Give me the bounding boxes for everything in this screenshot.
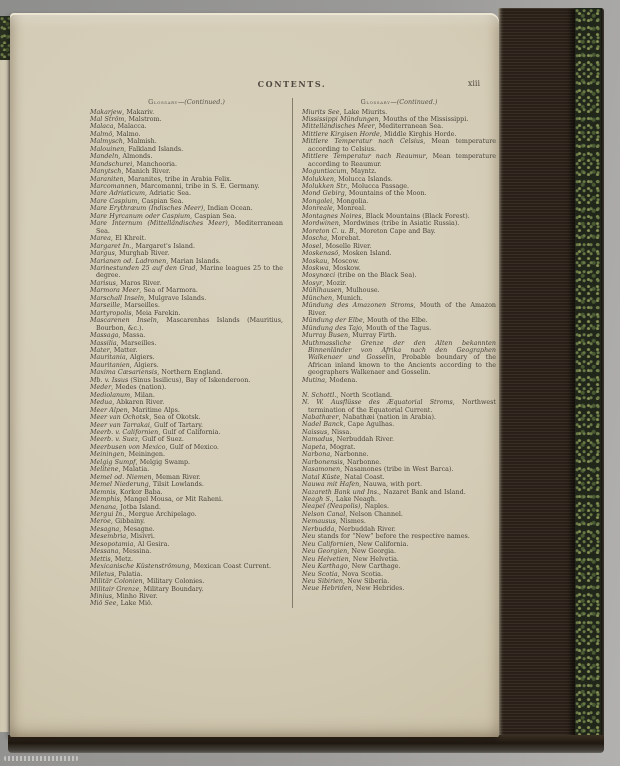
entry-term: Nabathæer	[302, 414, 339, 421]
entry-definition: , Messina.	[118, 548, 151, 555]
entry-definition: , Mediterranean Sea.	[375, 123, 444, 130]
glossary-entry: Meder, Medes (nation).	[90, 384, 283, 391]
entry-term: Montagnes Noires	[302, 213, 362, 220]
glossary-entry: Moguntiacum, Mayntz.	[302, 168, 496, 175]
entry-definition: , Nabathæi (nation in Arabia).	[339, 414, 436, 421]
entry-definition: , Meia Farekin.	[132, 310, 181, 317]
entry-definition: , New Carthage.	[347, 563, 400, 570]
entry-term: Nasamonen	[302, 466, 340, 473]
entry-term: Neu Georgien	[302, 548, 347, 555]
entry-term: Massilia	[90, 340, 117, 347]
entry-term: Mediolanum	[90, 392, 130, 399]
glossary-entry: Mauritania, Algiers.	[90, 354, 283, 361]
entry-term: Mare Internum (Mittelländisches Meer)	[90, 220, 228, 227]
entry-definition: , Nazaret Bank and Island.	[379, 489, 466, 496]
entry-term: Mesembria	[90, 533, 126, 540]
entry-term: Neu Helvetien	[302, 556, 349, 563]
entry-term: Neu	[302, 533, 315, 540]
entry-term: Moguntiacum	[302, 168, 347, 175]
entry-term: Meder	[90, 384, 111, 391]
entry-term: Moskau	[302, 258, 327, 265]
entry-definition: , Margaret's Island.	[131, 243, 195, 250]
glossary-entry: Mare Erythræum (Indisches Meer), Indian …	[90, 205, 283, 212]
glossary-entry: Makarjew, Makariv.	[90, 109, 283, 116]
glossary-entries-right: Miurits See, Lake Miurits.Mississippi Mü…	[302, 109, 496, 593]
page-title: CONTENTS.	[90, 79, 494, 89]
entry-definition: , Mountains of the Moon.	[345, 190, 427, 197]
entry-term: Marschall Inseln	[90, 295, 144, 302]
entry-definition: , Mulgrave Islands.	[144, 295, 206, 302]
entry-definition: , Marseilles.	[120, 302, 160, 309]
glossary-entry: Marseille, Marseilles.	[90, 302, 283, 309]
entry-definition: , Manchooria.	[132, 161, 177, 168]
glossary-entry: Narbona, Narbonne.	[302, 451, 496, 458]
entry-term: Neu Scotia	[302, 571, 338, 578]
glossary-entry: Mittelländisches Meer, Mediterranean Sea…	[302, 123, 496, 130]
entry-definition: , Natal Coast.	[340, 474, 384, 481]
entry-term: Marisus	[90, 280, 116, 287]
entry-term: Mb. v. Issus	[90, 377, 128, 384]
entry-term: Militär Colonien	[90, 578, 143, 585]
entry-definition: , Narbonne.	[343, 459, 381, 466]
entry-definition: , Nelson Channel.	[345, 511, 403, 518]
entry-term: Miletus	[90, 571, 114, 578]
entry-definition: , Jotba Island.	[116, 504, 161, 511]
copyright-watermark	[4, 756, 78, 761]
entry-definition: , Gibbainy.	[111, 518, 145, 525]
entry-definition: , Northern England.	[157, 369, 222, 376]
glossary-entry: Mandschurei, Manchooria.	[90, 161, 283, 168]
photo-background: CONTENTS. xiii Glossary—(Continued.) Mak…	[0, 0, 620, 766]
book-bottom-shadow	[8, 735, 604, 753]
entry-definition: , Massa.	[118, 332, 145, 339]
entry-term: Meerb. v. Suez	[90, 436, 138, 443]
entry-definition: , Mongolia.	[332, 198, 368, 205]
entry-term: Marseille	[90, 302, 120, 309]
entry-term: Memel od. Niemen	[90, 474, 152, 481]
entry-term: Murray Busen	[302, 332, 348, 339]
entry-term: Mesopotamia	[90, 541, 133, 548]
glossary-entry: Memel Niederung, Tilsit Lowlands.	[90, 481, 283, 488]
entry-term: Malmysch	[90, 138, 123, 145]
glossary-column-left: Glossary—(Continued.) Makarjew, Makariv.…	[90, 98, 293, 608]
entry-term: Nelson Canal	[302, 511, 345, 518]
entry-definition: , Marseilles.	[117, 340, 157, 347]
glossary-entry: Nauwa mit Hafen, Nauwa, with port.	[302, 481, 496, 488]
entry-definition: , Mexican Coast Current.	[189, 563, 271, 570]
entry-definition: , Mozir.	[322, 280, 346, 287]
entry-term: Marcomannen	[90, 183, 137, 190]
column-heading-left: Glossary—(Continued.)	[90, 98, 283, 106]
glossary-entry: Moskau, Moscow.	[302, 258, 496, 265]
glossary-entry: Mosynœci (tribe on the Black Sea).	[302, 272, 496, 279]
glossary-entry: Memnis, Korkor Baba.	[90, 489, 283, 496]
entry-definition: , El Khreit.	[111, 235, 146, 242]
entry-definition: , Moreton Cape and Bay.	[356, 228, 436, 235]
entry-definition: , Munich.	[332, 295, 363, 302]
entry-term: Moreton C. u. B.	[302, 228, 356, 235]
entry-term: Nemausus	[302, 518, 336, 525]
entry-definition: , Falkland Islands.	[124, 146, 183, 153]
entry-term: Molukken	[302, 176, 334, 183]
entry-term: Mauritanien	[90, 362, 130, 369]
glossary-entry: Manytsch, Manich River.	[90, 168, 283, 175]
entry-term: Mississippi Mündungen	[302, 116, 379, 123]
glossary-entry: Meiningen, Meiningen.	[90, 451, 283, 458]
entry-definition: , Nerbuddah River.	[333, 436, 394, 443]
glossary-entry: Mittlere Temperatur nach Celsius, Mean t…	[302, 138, 496, 153]
glossary-entry: Margaret In., Margaret's Island.	[90, 243, 283, 250]
entry-term: Natal Küste	[302, 474, 340, 481]
entry-definition: , Indian Ocean.	[203, 205, 252, 212]
entry-definition: , Naples.	[360, 503, 389, 510]
entry-definition: , Murghab River.	[115, 250, 170, 257]
entry-term: Mühlhausen	[302, 287, 342, 294]
glossary-entry: Moscha, Morebat.	[302, 235, 496, 242]
entry-term: Meiningen	[90, 451, 124, 458]
glossary-entry: Mandeln, Almonds.	[90, 153, 283, 160]
entry-definition: , Mosken Island.	[338, 250, 391, 257]
entry-term: Mosynœci	[302, 272, 335, 279]
entry-definition: , Malatia.	[118, 466, 149, 473]
glossary-entry: Neu stands for “New” before the respecti…	[302, 533, 496, 540]
entry-term: Marianen od. Ladronen	[90, 258, 166, 265]
glossary-entry: Nadel Banck, Cape Agulhas.	[302, 421, 496, 428]
glossary-entry: Monreale, Monreal.	[302, 205, 496, 212]
entry-term: Mongolei	[302, 198, 332, 205]
entry-definition: , Mouth of the Tagus.	[362, 325, 431, 332]
entry-definition: , Nissa.	[327, 429, 351, 436]
glossary-entry: Mare Adriaticum, Adriatic Sea.	[90, 190, 283, 197]
entry-term: Meerb. v. Californien	[90, 429, 158, 436]
book-fore-edge	[498, 8, 604, 752]
entry-term: Meerbusen von Mexico	[90, 444, 165, 451]
entry-term: Melitene	[90, 466, 118, 473]
page-stack-edge	[498, 8, 575, 752]
entry-definition: , Almonds.	[118, 153, 152, 160]
entry-term: Mittlere Kirgisen Horde	[302, 131, 380, 138]
entry-definition: , Mouths of the Mississippi.	[379, 116, 469, 123]
entry-term: Meer Alpen	[90, 407, 128, 414]
glossary-entry: Miurits See, Lake Miurits.	[302, 109, 496, 116]
glossary-entry: N. W. Ausflüsse des Æquatorial Stroms, N…	[302, 399, 496, 414]
entry-term: Mosel	[302, 243, 321, 250]
entry-definition: , Mangel Mousa, or Mit Raheni.	[120, 496, 223, 503]
entry-term: Mergui In.	[90, 511, 124, 518]
entry-term: Mater	[90, 347, 110, 354]
marbled-board-edge	[575, 8, 601, 752]
glossary-entry: Marea, El Khreit.	[90, 235, 283, 242]
entry-definition: , Meman River.	[152, 474, 201, 481]
entry-definition: , Al Gesira.	[133, 541, 169, 548]
column-heading-right: Glossary—(Continued.)	[302, 98, 496, 106]
entry-definition: , Malmo.	[112, 131, 140, 138]
entry-definition: (tribe on the Black Sea).	[335, 272, 417, 279]
heading-word: Glossary	[361, 98, 391, 106]
entry-term: Mittelländisches Meer	[302, 123, 375, 130]
entry-definition: , Medes (nation).	[111, 384, 166, 391]
entry-definition: , Black Mountains (Black Forest).	[362, 213, 470, 220]
glossary-entry: Mühlhausen, Mulhouse.	[302, 287, 496, 294]
heading-continued: —(Continued.)	[178, 98, 225, 106]
entry-term: Malaca	[90, 123, 113, 130]
entry-term: Melgig Sumpf	[90, 459, 136, 466]
entry-term: Nazareth Bank und Ins.	[302, 489, 379, 496]
entry-term: Narbona	[302, 451, 330, 458]
entry-definition: , Monreal.	[333, 205, 366, 212]
entry-term: Menana	[90, 504, 116, 511]
entry-definition: , Sea of Okotsk.	[149, 414, 200, 421]
entry-term: Memphis	[90, 496, 120, 503]
entry-term: Mosyr	[302, 280, 322, 287]
entry-term: Mesagna	[90, 526, 119, 533]
entry-definition: , Mesagne.	[119, 526, 154, 533]
glossary-entry: Miletus, Palatia.	[90, 571, 283, 578]
entry-term: Medua	[90, 399, 112, 406]
entry-definition: , Lake Miurits.	[340, 109, 388, 116]
entry-definition: , Metz.	[111, 556, 133, 563]
entry-term: Moscha	[302, 235, 327, 242]
entry-term: Namadus	[302, 436, 333, 443]
entry-definition: , Mordwines (tribe in Asiatic Russia).	[339, 220, 460, 227]
entry-term: Monreale	[302, 205, 333, 212]
glossary-entry: Meer van Tarrakai, Gulf of Tartary.	[90, 422, 283, 429]
entry-term: Naissus	[302, 429, 327, 436]
entry-definition: stands for “New” before the respective n…	[315, 533, 469, 540]
glossary-column-right: Glossary—(Continued.) Miurits See, Lake …	[293, 98, 496, 608]
entry-term: Mittlere Temperatur nach Celsius	[302, 138, 423, 145]
entry-definition: , Lake Neagh.	[332, 496, 377, 503]
glossary-columns: Glossary—(Continued.) Makarjew, Makariv.…	[90, 98, 496, 608]
glossary-entry: Meer Alpen, Maritime Alps.	[90, 407, 283, 414]
entry-term: Memnis	[90, 489, 116, 496]
entry-definition: , Marian Islands.	[166, 258, 221, 265]
entry-term: Neue Hebriden	[302, 585, 352, 592]
entry-term: Messana	[90, 548, 118, 555]
entry-term: Mond Gebirg	[302, 190, 345, 197]
entry-definition: , Palatia.	[114, 571, 142, 578]
glossary-entry: Mesopotamia, Al Gesira.	[90, 541, 283, 548]
glossary-entry: Mesembria, Misivri.	[90, 533, 283, 540]
entry-definition: , Tilsit Lowlands.	[149, 481, 204, 488]
entry-definition: , Abkaren River.	[112, 399, 164, 406]
glossary-entry: Natal Küste, Natal Coast.	[302, 474, 496, 481]
heading-word: Glossary	[148, 98, 178, 106]
entry-definition: , Caspian Sea.	[190, 213, 236, 220]
entry-term: Mittlere Temperatur nach Reaumur	[302, 153, 426, 160]
entry-definition: , Nauwa, with port.	[359, 481, 422, 488]
entry-term: Mündung des Tajo	[302, 325, 362, 332]
glossary-entry: Maxima Cæsariensis, Northern England.	[90, 369, 283, 376]
glossary-entry: Militär Colonien, Military Colonies.	[90, 578, 283, 585]
entry-term: N. W. Ausflüsse des Æquatorial Stroms	[302, 399, 453, 406]
page-number: xiii	[468, 79, 480, 88]
page-header: CONTENTS. xiii	[90, 79, 494, 91]
glossary-entry: Mordwinen, Mordwines (tribe in Asiatic R…	[302, 220, 496, 227]
entry-term: Mündung des Amazonen Stroms	[302, 302, 413, 309]
entry-term: Neu Sibirien	[302, 578, 343, 585]
entry-definition: , Mograt.	[325, 444, 355, 451]
entry-definition: , Morebat.	[327, 235, 361, 242]
glossary-entry: Militair Grenze, Military Boundary.	[90, 586, 283, 593]
glossary-entry: Marmora Meer, Sea of Marmora.	[90, 287, 283, 294]
glossary-entry: Mascarenen Inseln, Mascarenhas Islands (…	[90, 317, 283, 332]
entry-definition: , Mulhouse.	[342, 287, 380, 294]
entry-term: Nauwa mit Hafen	[302, 481, 359, 488]
entry-definition: , Gulf of California.	[158, 429, 220, 436]
entry-definition: , Gulf of Tartary.	[150, 422, 203, 429]
entry-definition: , Military Colonies.	[143, 578, 205, 585]
entry-definition: , Algiers.	[126, 354, 155, 361]
entry-definition: , Nasamones (tribe in West Barca).	[340, 466, 453, 473]
entry-term: Narbonensis	[302, 459, 343, 466]
entry-definition: , Maritime Alps.	[128, 407, 180, 414]
glossary-entry: Menana, Jotba Island.	[90, 504, 283, 511]
entry-term: Mandeln	[90, 153, 118, 160]
entry-definition: , Korkor Baba.	[116, 489, 163, 496]
entry-term: Mare Hyrcanum oder Caspium	[90, 213, 190, 220]
glossary-entry: Neue Hebriden, New Hebrides.	[302, 585, 496, 592]
entry-definition: , Nerbuddah River.	[334, 526, 395, 533]
entry-term: Meer van Tarrakai	[90, 422, 150, 429]
entry-definition: , New Helvetia.	[349, 556, 399, 563]
glossary-entry: Melitene, Malatia.	[90, 466, 283, 473]
entry-term: Neagh S.	[302, 496, 332, 503]
entry-definition: , Malstrom.	[124, 116, 161, 123]
entry-term: Mandschurei	[90, 161, 132, 168]
glossary-entries-left: Makarjew, Makariv.Mal Ström, Malstrom.Ma…	[90, 109, 283, 608]
under-page-edge	[0, 60, 10, 732]
glossary-entry: Mutina, Modena.	[302, 377, 496, 384]
entry-term: Meroe	[90, 518, 111, 525]
glossary-entry: Namadus, Nerbuddah River.	[302, 436, 496, 443]
entry-term: Malmö	[90, 131, 112, 138]
entry-definition: , Gulf of Mexico.	[165, 444, 219, 451]
glossary-entry: Massaga, Massa.	[90, 332, 283, 339]
entry-definition: , Meiningen.	[124, 451, 165, 458]
glossary-entry: Messana, Messina.	[90, 548, 283, 555]
entry-term: Maxima Cæsariensis	[90, 369, 157, 376]
glossary-entry: Massilia, Marseilles.	[90, 340, 283, 347]
entry-term: Miö See	[90, 600, 116, 607]
glossary-entry: Nazareth Bank und Ins., Nazaret Bank and…	[302, 489, 496, 496]
glossary-entry: Meerb. v. Suez, Gulf of Suez.	[90, 436, 283, 443]
glossary-entry: Nelson Canal, Nelson Channel.	[302, 511, 496, 518]
entry-definition: , Caspian Sea.	[137, 198, 183, 205]
glossary-entry: Mündung des Tajo, Mouth of the Tagus.	[302, 325, 496, 332]
entry-term: Margus	[90, 250, 115, 257]
glossary-entry: Mosel, Moselle River.	[302, 243, 496, 250]
entry-definition: , Moselle River.	[321, 243, 371, 250]
book-page: CONTENTS. xiii Glossary—(Continued.) Mak…	[10, 13, 499, 737]
entry-definition: , Malmish.	[123, 138, 157, 145]
entry-term: Margaret In.	[90, 243, 131, 250]
entry-definition: , North Scotland.	[336, 392, 392, 399]
entry-definition: , Moscow.	[327, 258, 359, 265]
entry-term: Neapel (Neapolis)	[302, 503, 360, 510]
entry-term: Moskenasö	[302, 250, 338, 257]
glossary-entry: Miö See, Lake Miö.	[90, 600, 283, 607]
entry-term: Mordwinen	[302, 220, 339, 227]
entry-definition: , Mayntz.	[347, 168, 377, 175]
entry-definition: , Maranites, tribe in Arabia Felix.	[124, 176, 232, 183]
glossary-entry: Neapel (Neapolis), Naples.	[302, 503, 496, 510]
entry-term: Mare Caspium	[90, 198, 137, 205]
entry-term: Mutina	[302, 377, 325, 384]
entry-term: Marinestunden 25 auf den Grad	[90, 265, 195, 272]
entry-term: Militair Grenze	[90, 586, 139, 593]
glossary-entry: Neu Helvetien, New Helvetia.	[302, 556, 496, 563]
entry-term: Mare Erythræum (Indisches Meer)	[90, 205, 203, 212]
entry-term: Mare Adriaticum	[90, 190, 145, 197]
glossary-entry: Molukken, Molucca Islands.	[302, 176, 496, 183]
entry-definition: , Murray Firth.	[348, 332, 397, 339]
glossary-entry: Moskenasö, Mosken Island.	[302, 250, 496, 257]
glossary-entry: Margus, Murghab River.	[90, 250, 283, 257]
entry-term: Memel Niederung	[90, 481, 149, 488]
glossary-entry: Memphis, Mangel Mousa, or Mit Raheni.	[90, 496, 283, 503]
glossary-entry: Neu Californien, New California.	[302, 541, 496, 548]
glossary-entry: Malaca, Malacca.	[90, 123, 283, 130]
entry-definition: , Matter.	[110, 347, 138, 354]
glossary-entry: Malmysch, Malmish.	[90, 138, 283, 145]
entry-definition: , Manich River.	[121, 168, 170, 175]
glossary-entry: Neu Georgien, New Georgia.	[302, 548, 496, 555]
glossary-entry: Marianen od. Ladronen, Marian Islands.	[90, 258, 283, 265]
glossary-entry: Neu Scotia, Nova Scotia.	[302, 571, 496, 578]
entry-definition: , New Siberia.	[343, 578, 389, 585]
entry-definition: , Narbonne.	[330, 451, 368, 458]
glossary-entry: Meroe, Gibbainy.	[90, 518, 283, 525]
glossary-entry: Muthmassliche Grenze der den Alten bekan…	[302, 340, 496, 377]
entry-definition: , Makariv.	[122, 109, 154, 116]
entry-definition: , Molucca Islands.	[334, 176, 393, 183]
entry-term: Meer van Ochotsk	[90, 414, 149, 421]
entry-term: Malouinen	[90, 146, 124, 153]
glossary-entry: Murray Busen, Murray Firth.	[302, 332, 496, 339]
entry-term: Marmora Meer	[90, 287, 139, 294]
entry-term: Mündung der Elbe	[302, 317, 363, 324]
entry-definition: , Cape Agulhas.	[343, 421, 394, 428]
entry-term: Minius	[90, 593, 112, 600]
entry-definition: , Gulf of Suez.	[138, 436, 184, 443]
glossary-entry: Mond Gebirg, Mountains of the Moon.	[302, 190, 496, 197]
entry-term: Nerbudda	[302, 526, 334, 533]
entry-term: Moskwa	[302, 265, 329, 272]
board-edge-line	[601, 8, 604, 752]
entry-definition: , Nova Scotia.	[338, 571, 383, 578]
glossary-entry: Nemausus, Nismes.	[302, 518, 496, 525]
entry-term: Manytsch	[90, 168, 121, 175]
entry-definition: , Marcomanni, tribe in S. E. Germany.	[137, 183, 260, 190]
glossary-entry: Marinestunden 25 auf den Grad, Marine le…	[90, 265, 283, 280]
entry-term: Martyropolis	[90, 310, 132, 317]
entry-definition: , Adriatic Sea.	[145, 190, 191, 197]
entry-term: Molukken Str.	[302, 183, 347, 190]
entry-definition: , Lake Miö.	[116, 600, 152, 607]
entry-definition: , Maros River.	[116, 280, 161, 287]
entry-term: Maraniten	[90, 176, 124, 183]
entry-definition: , Modena.	[325, 377, 357, 384]
entry-definition: , New California.	[353, 541, 408, 548]
entry-definition: , Moskow.	[329, 265, 361, 272]
entry-definition: , New Hebrides.	[352, 585, 405, 592]
heading-continued: —(Continued.)	[390, 98, 437, 106]
glossary-entry: Meerbusen von Mexico, Gulf of Mexico.	[90, 444, 283, 451]
entry-definition: , Algiers.	[130, 362, 159, 369]
entry-term: Mascarenen Inseln	[90, 317, 157, 324]
entry-term: Napeta	[302, 444, 325, 451]
